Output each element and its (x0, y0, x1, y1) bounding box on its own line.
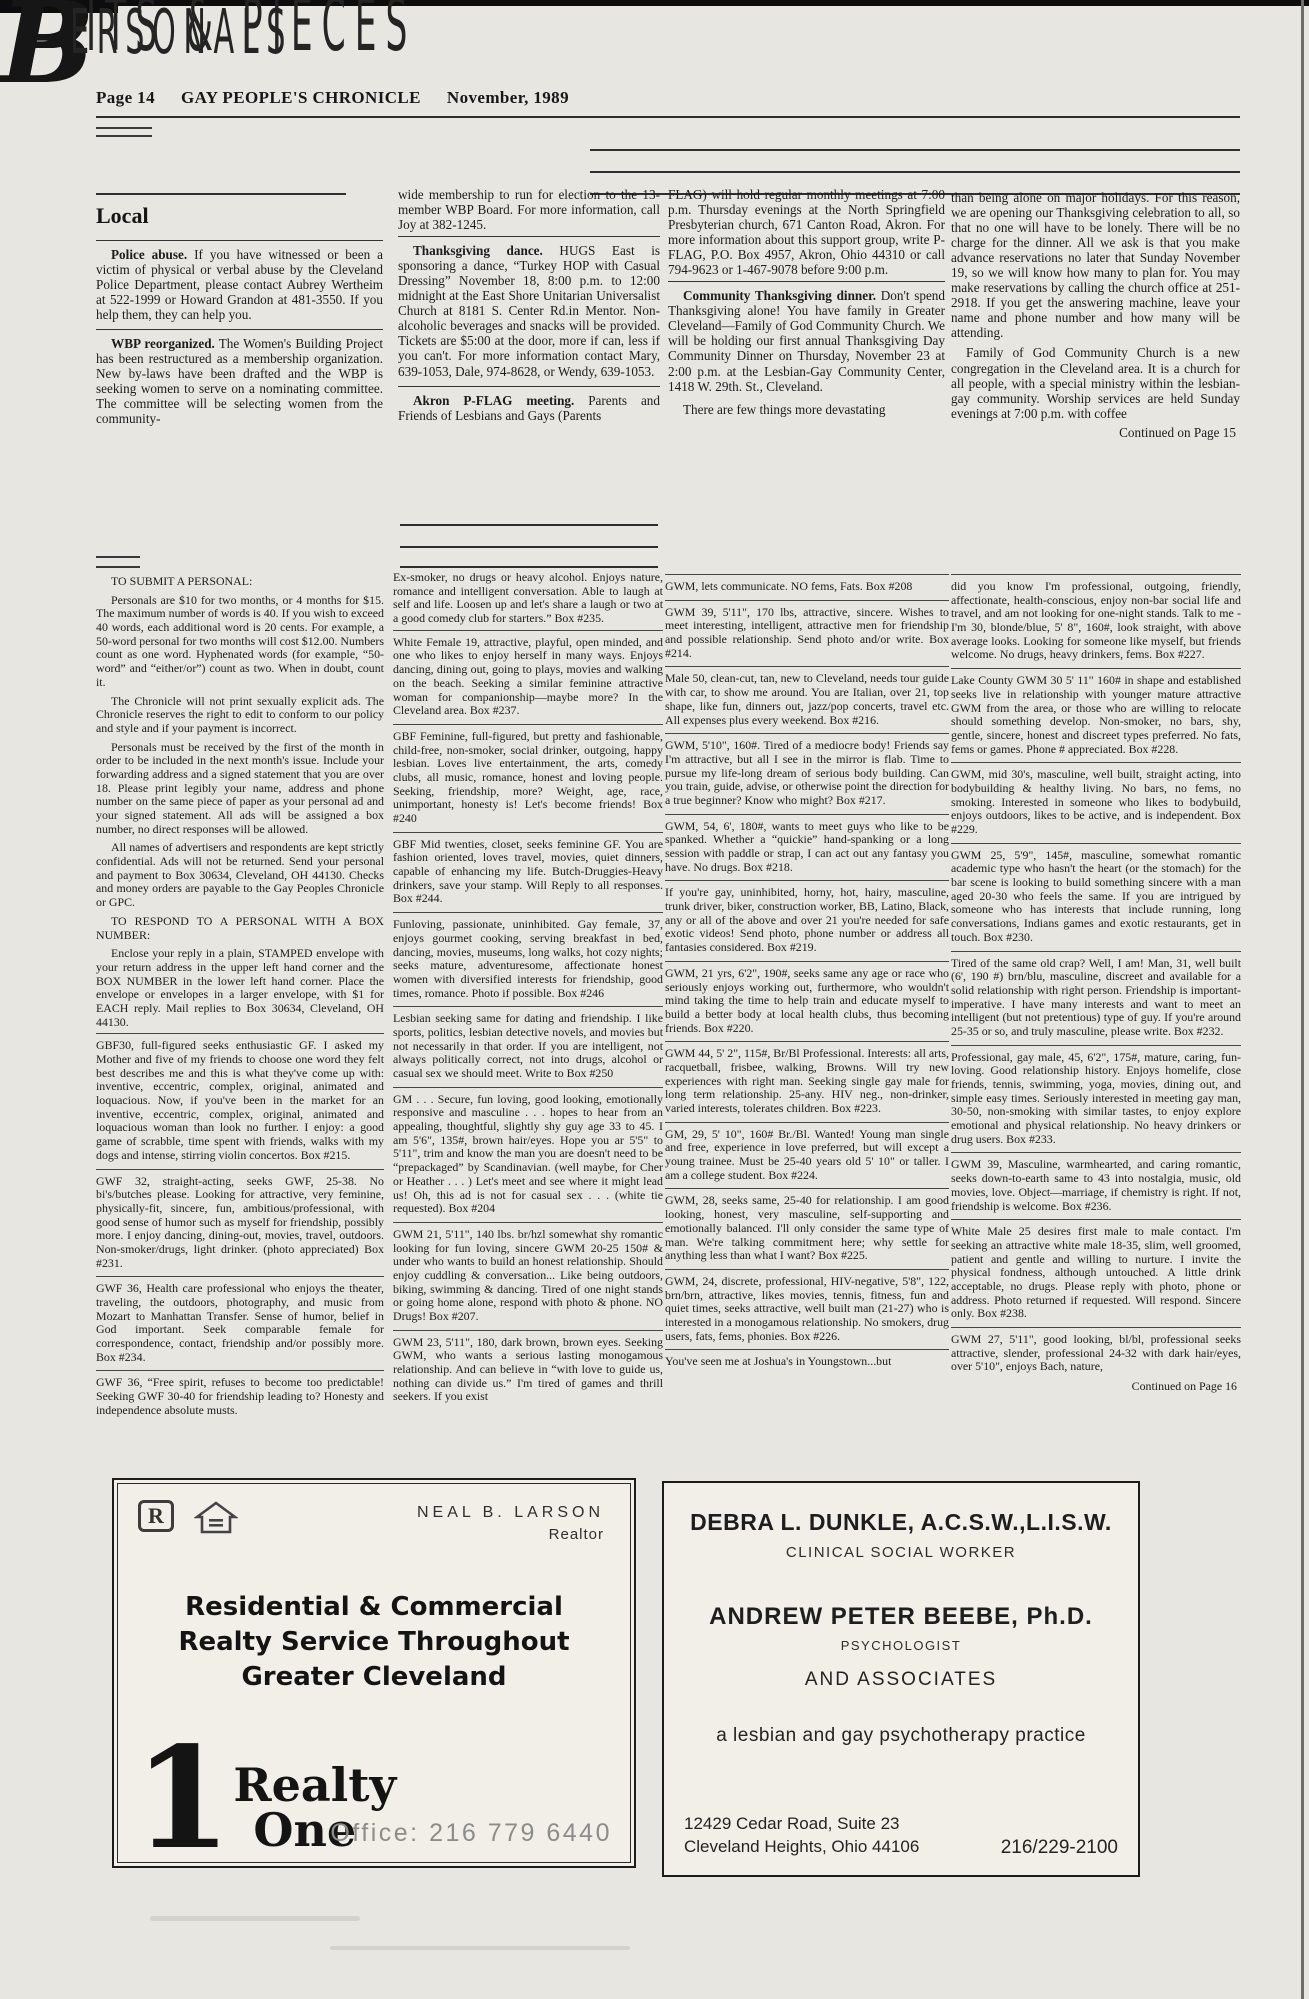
address-line-1: 12429 Cedar Road, Suite 23 (684, 1813, 919, 1836)
news-item: Akron P-FLAG meeting. Parents and Friend… (398, 386, 660, 430)
personal-ad: GWM, 28, seeks same, 25-40 for relations… (665, 1188, 949, 1268)
item-lead: WBP reorganized. (111, 336, 215, 351)
news-item: Thanksgiving dance. HUGS East is sponsor… (398, 236, 660, 385)
personals-column-1: TO SUBMIT A PERSONAL:Personals are $10 f… (96, 574, 384, 1470)
header-rule (96, 116, 1240, 118)
item-text: White Female 19, attractive, playful, op… (393, 635, 663, 717)
item-text: HUGS East is sponsoring a dance, “Turkey… (398, 243, 660, 378)
item-text: GBF Mid twenties, closet, seeks feminine… (393, 837, 663, 906)
item-text: GBF Feminine, full-figured, but pretty a… (393, 729, 663, 825)
item-text: Continued on Page 16 (1132, 1379, 1237, 1393)
scan-smudge (330, 1946, 630, 1950)
item-text: GWM, 28, seeks same, 25-40 for relations… (665, 1193, 949, 1262)
personal-ad: GWF 36, Health care professional who enj… (96, 1276, 384, 1370)
news-item: wide membership to run for election to t… (398, 186, 660, 236)
personal-ad: The Chronicle will not print sexually ex… (96, 694, 384, 740)
item-text: There are few things more devastating (683, 402, 886, 417)
personal-ad: GWF 36, “Free spirit, refuses to become … (96, 1370, 384, 1423)
publication-title: GAY PEOPLE'S CHRONICLE (181, 88, 421, 108)
personal-ad: White Female 19, attractive, playful, op… (393, 630, 663, 724)
personal-ad: Lesbian seeking same for dating and frie… (393, 1006, 663, 1086)
item-text: GM, 29, 5' 10", 160# Br./Bl. Wanted! You… (665, 1127, 949, 1182)
realtor-r-icon: R (138, 1500, 174, 1532)
personal-ad: GWM 39, Masculine, warmhearted, and cari… (951, 1152, 1241, 1219)
item-text: You've seen me at Joshua's in Youngstown… (665, 1354, 891, 1368)
item-text: Enclose your reply in a plain, STAMPED e… (96, 946, 384, 1028)
ad-headline-line-2: Realty Service Throughout (114, 1625, 634, 1660)
item-lead: Akron P-FLAG meeting. (413, 393, 574, 408)
item-text: GWM, 24, discrete, professional, HIV-neg… (665, 1274, 949, 1343)
item-text: Funloving, passionate, uninhibited. Gay … (393, 917, 663, 999)
item-text: Ex-smoker, no drugs or heavy alcohol. En… (393, 570, 663, 625)
address-line-2: Cleveland Heights, Ohio 44106 (684, 1836, 919, 1859)
local-column-3: FLAG) will hold regular monthly meetings… (668, 186, 945, 531)
personal-ad: GWM, 24, discrete, professional, HIV-neg… (665, 1269, 949, 1349)
item-text: Continued on Page 15 (1119, 425, 1236, 440)
personal-ad: Continued on Page 16 (951, 1380, 1241, 1396)
item-text: Male 50, clean-cut, tan, new to Clevelan… (665, 671, 949, 726)
news-item: Continued on Page 15 (951, 425, 1240, 442)
item-text: GWM, 5'10", 160#. Tired of a mediocre bo… (665, 738, 949, 807)
ad-headline-line-3: Greater Cleveland (114, 1660, 634, 1695)
news-item: Community Thanksgiving dinner. Don't spe… (668, 281, 945, 400)
personal-ad: GWM 27, 5'11", good looking, bl/bl, prof… (951, 1327, 1241, 1380)
personal-ad: GWM, 54, 6', 180#, wants to meet guys wh… (665, 814, 949, 881)
personal-ad: Personals must be received by the first … (96, 740, 384, 841)
page-header: Page 14 GAY PEOPLE'S CHRONICLE November,… (96, 88, 569, 108)
item-text: Family of God Community Church is a new … (951, 345, 1240, 420)
masthead-rule (590, 149, 1240, 151)
masthead-rule (96, 556, 140, 558)
personal-ad: GBF Mid twenties, closet, seeks feminine… (393, 832, 663, 912)
item-text: FLAG) will hold regular monthly meetings… (668, 187, 945, 277)
local-column-1: Police abuse. If you have witnessed or b… (96, 240, 383, 490)
realtor-letter: R (148, 1503, 164, 1529)
personal-ad: Tired of the same old crap? Well, I am! … (951, 951, 1241, 1045)
item-text: Professional, gay male, 45, 6'2", 175#, … (951, 1050, 1241, 1146)
item-text: Lake County GWM 30 5' 11" 160# in shape … (951, 673, 1241, 755)
personal-ad: did you know I'm professional, outgoing,… (951, 574, 1241, 668)
masthead-word-personals: ERSONALS (70, 0, 293, 68)
item-text: Lesbian seeking same for dating and frie… (393, 1011, 663, 1080)
item-text: If you're gay, uninhibited, horny, hot, … (665, 885, 949, 954)
realty-one-numeral: 1 (134, 1745, 231, 1854)
masthead-rule (96, 135, 152, 137)
personal-ad: GM . . . Secure, fun loving, good lookin… (393, 1087, 663, 1222)
issue-date: November, 1989 (447, 88, 569, 108)
personals-column-2: Ex-smoker, no drugs or heavy alcohol. En… (393, 570, 663, 1465)
item-text: GWM, mid 30's, masculine, well built, st… (951, 767, 1241, 836)
item-text: wide membership to run for election to t… (398, 187, 660, 232)
news-item: There are few things more devastating (668, 401, 945, 421)
realtor-title: Realtor (417, 1526, 604, 1543)
personal-ad: GM, 29, 5' 10", 160# Br./Bl. Wanted! You… (665, 1122, 949, 1189)
item-text: GWF 32, straight-acting, seeks GWF, 25-3… (96, 1174, 384, 1270)
personal-ad: Ex-smoker, no drugs or heavy alcohol. En… (393, 570, 663, 630)
masthead-rule (400, 524, 658, 526)
practice-phone: 216/229-2100 (1001, 1837, 1118, 1859)
masthead-rule (96, 193, 346, 195)
news-item: WBP reorganized. The Women's Building Pr… (96, 329, 383, 433)
item-text: GWM 27, 5'11", good looking, bl/bl, prof… (951, 1332, 1241, 1373)
item-text: TO RESPOND TO A PERSONAL WITH A BOX NUMB… (96, 914, 384, 942)
personal-ad: TO RESPOND TO A PERSONAL WITH A BOX NUMB… (96, 914, 384, 946)
personal-ad: All names of advertisers and respondents… (96, 840, 384, 913)
personal-ad: GWM 23, 5'11", 180, dark brown, brown ey… (393, 1330, 663, 1410)
item-text: All names of advertisers and respondents… (96, 840, 384, 909)
item-text: did you know I'm professional, outgoing,… (951, 579, 1241, 661)
personal-ad: GWM, 5'10", 160#. Tired of a mediocre bo… (665, 733, 949, 813)
item-text: GWM, lets communicate. NO fems, Fats. Bo… (665, 579, 912, 593)
personal-ad: Male 50, clean-cut, tan, new to Clevelan… (665, 666, 949, 733)
associates-label: AND ASSOCIATES (664, 1669, 1138, 1691)
personal-ad: Enclose your reply in a plain, STAMPED e… (96, 946, 384, 1033)
item-text: GWM, 21 yrs, 6'2", 190#, seeks same any … (665, 966, 949, 1035)
personals-column-3: GWM, lets communicate. NO fems, Fats. Bo… (665, 574, 949, 1464)
news-item: FLAG) will hold regular monthly meetings… (668, 186, 945, 281)
personal-ad: GWM 25, 5'9", 145#, masculine, somewhat … (951, 843, 1241, 951)
news-item: Police abuse. If you have witnessed or b… (96, 240, 383, 329)
dunkle-title: CLINICAL SOCIAL WORKER (664, 1544, 1138, 1561)
item-lead: Thanksgiving dance. (413, 243, 543, 258)
personal-ad: GBF30, full-figured seeks enthusiastic G… (96, 1033, 384, 1168)
item-text: Tired of the same old crap? Well, I am! … (951, 956, 1241, 1038)
personal-ad: Lake County GWM 30 5' 11" 160# in shape … (951, 668, 1241, 762)
masthead-rule (590, 171, 1240, 173)
personal-ad: TO SUBMIT A PERSONAL: (96, 574, 384, 593)
personal-ad: You've seen me at Joshua's in Youngstown… (665, 1349, 949, 1375)
item-text: GWM 44, 5' 2", 115#, Br/Bl Professional.… (665, 1046, 949, 1115)
realtor-name: NEAL B. LARSON (417, 1504, 604, 1522)
scan-smudge (150, 1916, 360, 1921)
item-lead: Community Thanksgiving dinner. (683, 288, 876, 303)
personal-ad: Personals are $10 for two months, or 4 m… (96, 593, 384, 694)
item-text: Personals are $10 for two months, or 4 m… (96, 593, 384, 689)
personal-ad: GWF 32, straight-acting, seeks GWF, 25-3… (96, 1169, 384, 1277)
item-text: GM . . . Secure, fun loving, good lookin… (393, 1092, 663, 1216)
personal-ad: GWM 44, 5' 2", 115#, Br/Bl Professional.… (665, 1041, 949, 1121)
item-text: GWM 25, 5'9", 145#, masculine, somewhat … (951, 848, 1241, 944)
item-text: Don't spend Thanksgiving alone! You have… (668, 288, 945, 393)
masthead-rule (400, 546, 658, 548)
item-text: GWM 39, 5'11", 170 lbs, attractive, sinc… (665, 605, 949, 660)
psychotherapy-ad: DEBRA L. DUNKLE, A.C.S.W.,L.I.S.W. CLINI… (662, 1481, 1140, 1877)
realty-one-word-1: Realty (233, 1763, 396, 1808)
item-text: TO SUBMIT A PERSONAL: (111, 574, 252, 588)
item-text: GWF 36, “Free spirit, refuses to become … (96, 1375, 384, 1416)
page-number: Page 14 (96, 88, 155, 108)
personal-ad: Professional, gay male, 45, 6'2", 175#, … (951, 1045, 1241, 1153)
item-text: GBF30, full-figured seeks enthusiastic G… (96, 1038, 384, 1162)
masthead-rule (96, 127, 152, 129)
newspaper-page: Page 14 GAY PEOPLE'S CHRONICLE November,… (0, 0, 1309, 1999)
personal-ad: GWM 21, 5'11", 140 lbs. br/hzl somewhat … (393, 1222, 663, 1330)
equal-housing-icon (194, 1500, 238, 1536)
item-text: GWF 36, Health care professional who enj… (96, 1281, 384, 1363)
personal-ad: GWM, lets communicate. NO fems, Fats. Bo… (665, 574, 949, 600)
item-text: Personals must be received by the first … (96, 740, 384, 836)
realty-one-ad: R NEAL B. LARSON Realtor Residential & C… (112, 1478, 636, 1868)
personal-ad: GWM 39, 5'11", 170 lbs, attractive, sinc… (665, 600, 949, 667)
local-column-4: than being alone on major holidays. For … (951, 189, 1240, 571)
dunkle-name: DEBRA L. DUNKLE, A.C.S.W.,L.I.S.W. (664, 1509, 1138, 1536)
personal-ad: GBF Feminine, full-figured, but pretty a… (393, 724, 663, 832)
news-item: than being alone on major holidays. For … (951, 189, 1240, 344)
item-text: White Male 25 desires first male to male… (951, 1224, 1241, 1320)
beebe-name: ANDREW PETER BEEBE, Ph.D. (664, 1603, 1138, 1631)
item-text: GWM 23, 5'11", 180, dark brown, brown ey… (393, 1335, 663, 1404)
personal-ad: White Male 25 desires first male to male… (951, 1219, 1241, 1327)
personal-ad: GWM, 21 yrs, 6'2", 190#, seeks same any … (665, 961, 949, 1041)
item-text: GWM 21, 5'11", 140 lbs. br/hzl somewhat … (393, 1227, 663, 1323)
ad-headline-line-1: Residential & Commercial (114, 1590, 634, 1625)
local-column-2: wide membership to run for election to t… (398, 186, 660, 516)
practice-address: 12429 Cedar Road, Suite 23 Cleveland Hei… (684, 1813, 919, 1859)
personal-ad: If you're gay, uninhibited, horny, hot, … (665, 880, 949, 960)
personal-ad: GWM, mid 30's, masculine, well built, st… (951, 762, 1241, 842)
item-text: GWM 39, Masculine, warmhearted, and cari… (951, 1157, 1241, 1212)
masthead-rule (96, 566, 140, 568)
item-text: GWM, 54, 6', 180#, wants to meet guys wh… (665, 819, 949, 874)
item-lead: Police abuse. (111, 247, 187, 262)
masthead-rule (400, 566, 658, 568)
scan-artifact-right-edge (1301, 0, 1304, 1999)
office-phone: Office: 216 779 6440 (330, 1819, 612, 1848)
item-text: than being alone on major holidays. For … (951, 190, 1240, 340)
section-heading-local: Local (96, 203, 149, 229)
beebe-title: PSYCHOLOGIST (664, 1638, 1138, 1653)
personal-ad: Funloving, passionate, uninhibited. Gay … (393, 912, 663, 1006)
ad-headline: Residential & Commercial Realty Service … (114, 1590, 634, 1695)
practice-tagline: a lesbian and gay psychotherapy practice (664, 1725, 1138, 1747)
personals-column-4: did you know I'm professional, outgoing,… (951, 574, 1241, 1462)
item-text: The Chronicle will not print sexually ex… (96, 694, 384, 735)
news-item: Family of God Community Church is a new … (951, 344, 1240, 424)
